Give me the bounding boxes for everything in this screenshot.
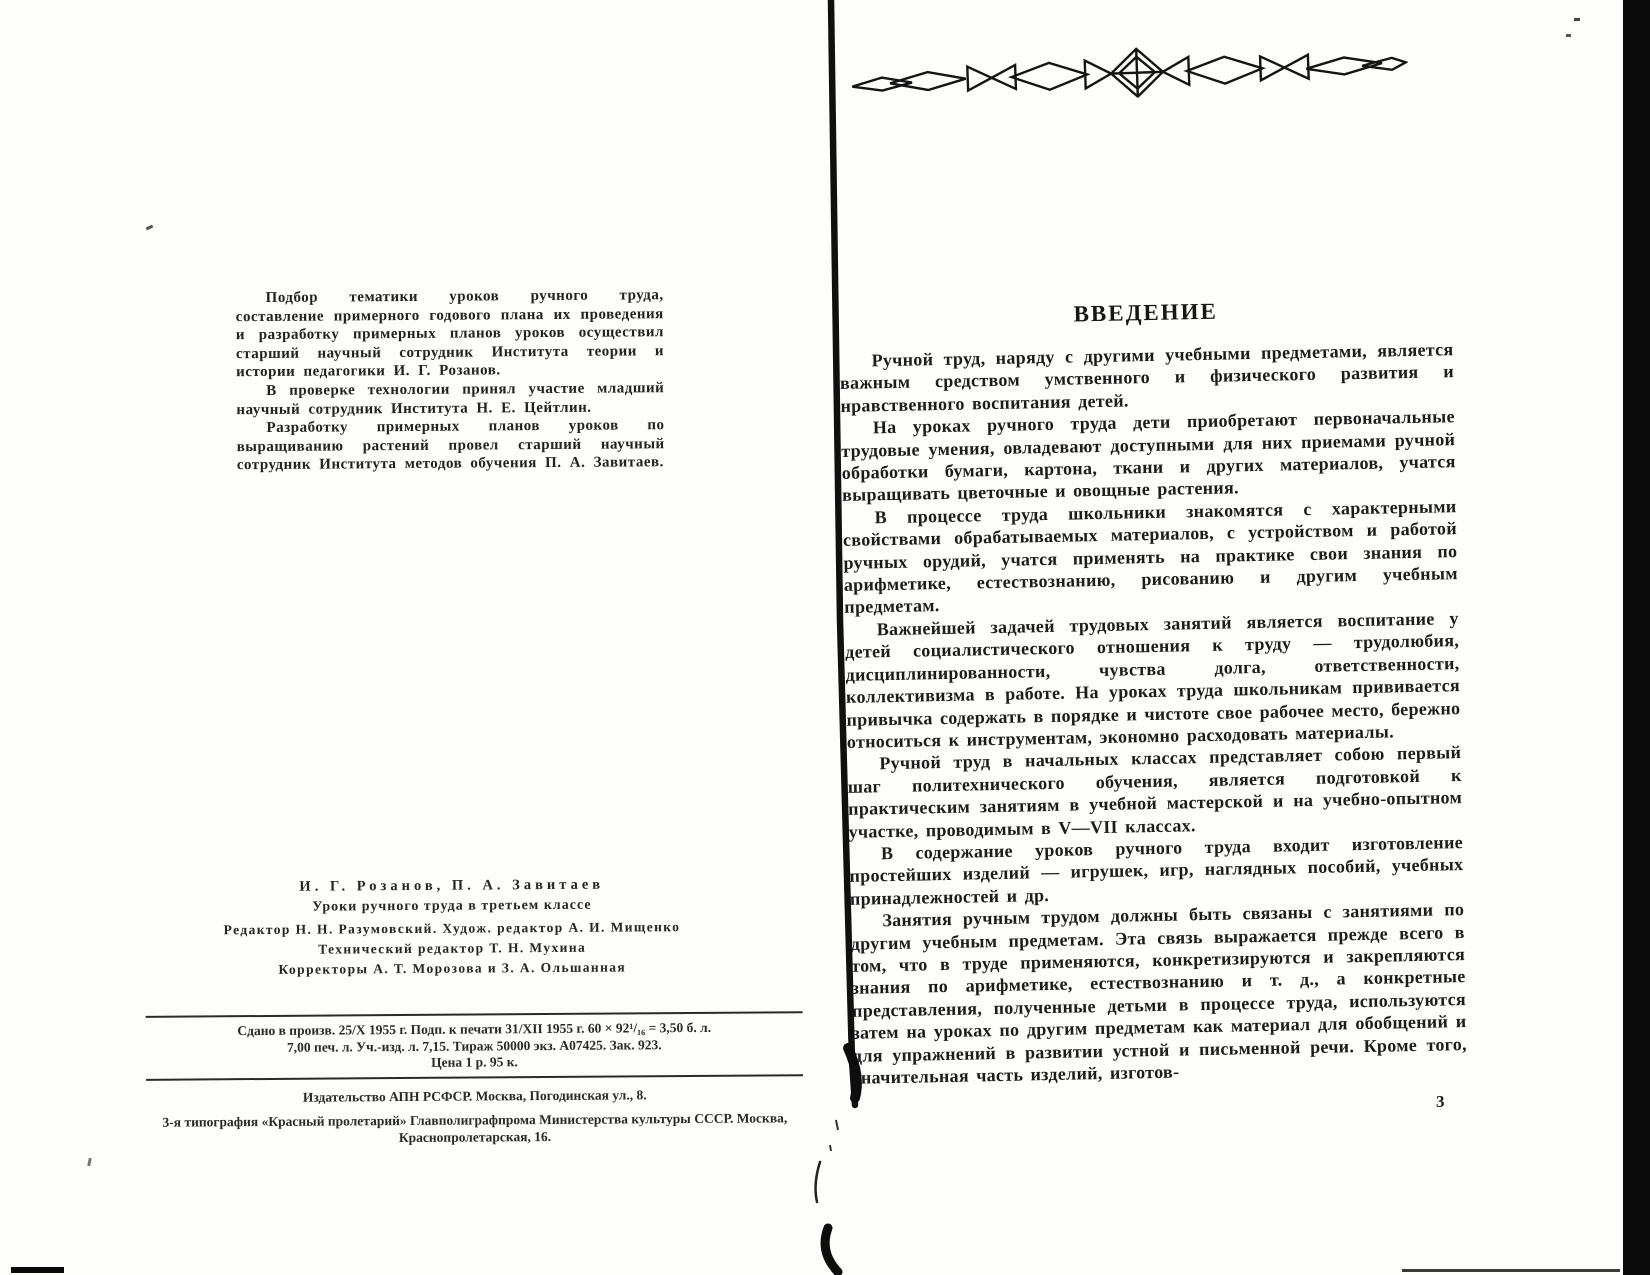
note-paragraph: Подбор тематики уроков ручного труда, со…	[236, 286, 665, 382]
editors-line: Редактор Н. Н. Разумовский. Худож. редак…	[122, 918, 782, 939]
imprint-price-line: Цена 1 р. 95 к.	[146, 1052, 803, 1073]
imprint-block: Сдано в произв. 25/X 1955 г. Подп. к печ…	[146, 1011, 803, 1073]
body-paragraph: Ручной труд в начальных классах представ…	[847, 741, 1463, 842]
left-page: Подбор тематики уроков ручного труда, со…	[0, 0, 814, 1275]
publisher-block: Издательство АПН РСФСР. Москва, Погодинс…	[146, 1074, 804, 1155]
chapter-heading: ВВЕДЕНИЕ	[839, 294, 1453, 332]
right-page: ВВЕДЕНИЕ Ручной труд, наряду с другими у…	[839, 294, 1468, 1089]
body-paragraph: В содержание уроков ручного труда входит…	[849, 831, 1464, 910]
credits-block: И. Г. Розанов, П. А. Завитаев Уроки ручн…	[122, 875, 783, 983]
scan-edge-line	[1402, 1269, 1620, 1272]
body-paragraph: Занятия ручным трудом должны быть связан…	[850, 898, 1467, 1089]
diamond-chain-ornament-icon	[849, 36, 1408, 107]
scan-speck	[1566, 34, 1571, 37]
page-number: 3	[1436, 1092, 1445, 1112]
tech-editor-line: Технический редактор Т. Н. Мухина	[122, 938, 782, 959]
scan-edge-strip	[11, 1267, 64, 1273]
chapter-body: Ручной труд, наряду с другими учебными п…	[839, 338, 1467, 1089]
publisher-line: Издательство АПН РСФСР. Москва, Погодинс…	[146, 1085, 803, 1107]
editorial-note: Подбор тематики уроков ручного труда, со…	[236, 286, 665, 475]
body-paragraph: Ручной труд, наряду с другими учебными п…	[839, 338, 1454, 417]
proofreaders-line: Корректоры А. Т. Морозова и З. А. Ольшан…	[122, 958, 782, 979]
scan-speck	[1574, 18, 1580, 21]
note-paragraph: В проверке технологии принял участие мла…	[236, 379, 664, 419]
book-title: Уроки ручного труда в третьем классе	[122, 896, 782, 917]
book-scan-spread: Подбор тематики уроков ручного труда, со…	[0, 0, 1650, 1275]
body-paragraph: В процессе труда школьники знакомятся с …	[842, 495, 1458, 619]
body-paragraph: На уроках ручного труда дети приобретают…	[841, 405, 1457, 506]
note-paragraph: Разработку примерных планов уроков по вы…	[236, 416, 664, 475]
scan-edge-band	[1623, 0, 1650, 1275]
authors-line: И. Г. Розанов, П. А. Завитаев	[122, 875, 782, 897]
printer-line: 3-я типография «Красный пролетарий» Глав…	[146, 1109, 803, 1148]
body-paragraph: Важнейшей задачей трудовых занятий являе…	[845, 607, 1461, 753]
